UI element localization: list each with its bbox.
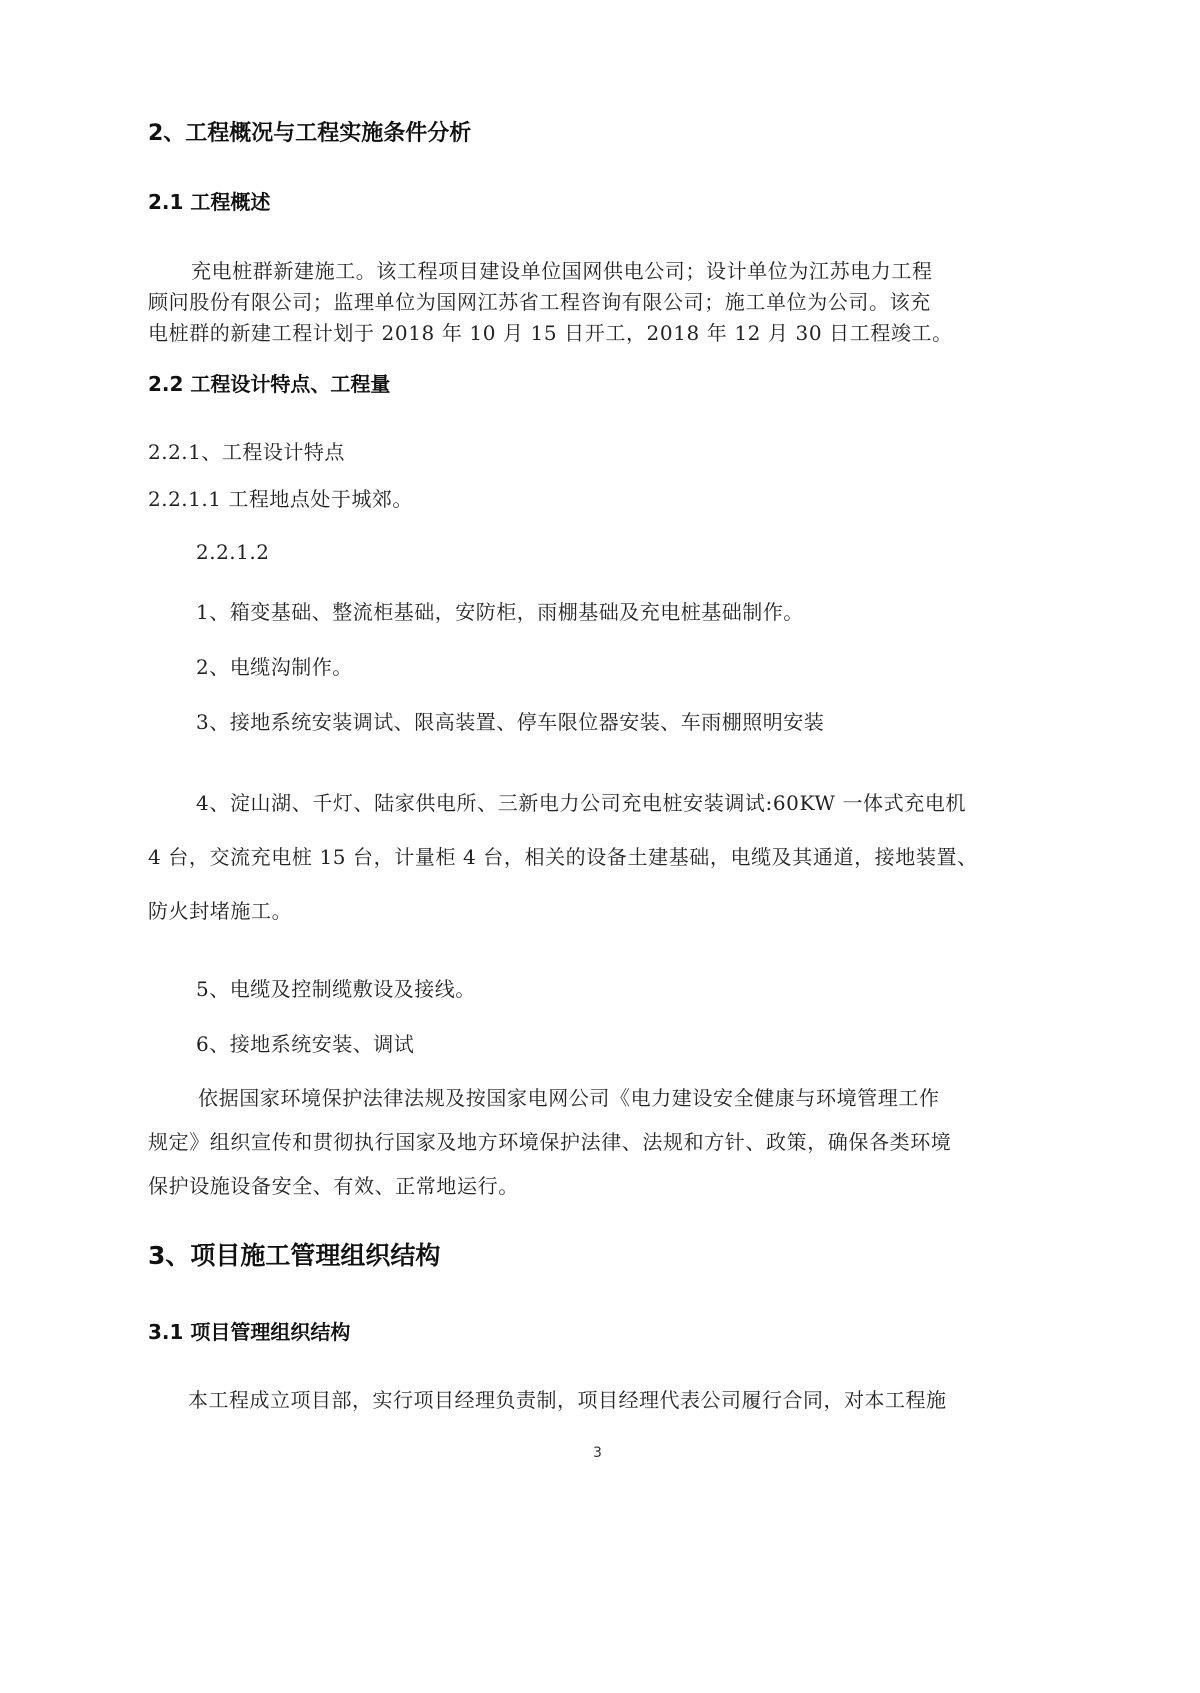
section-2-2-1-heading: 2.2.1、工程设计特点 — [148, 436, 345, 465]
list-item: 3、接地系统安装调试、限高装置、停车限位器安装、车雨棚照明安装 — [196, 706, 824, 735]
paragraph-line: 依据国家环境保护法律法规及按国家电网公司《电力建设安全健康与环境管理工作 — [148, 1076, 1028, 1120]
list-item: 5、电缆及控制缆敷设及接线。 — [196, 973, 476, 1002]
section-2-2-1-1-text: 2.2.1.1 工程地点处于城郊。 — [148, 483, 413, 512]
section-2-2-1-2-label: 2.2.1.2 — [196, 540, 269, 564]
section-2-1-heading: 2.1 工程概述 — [148, 186, 270, 215]
section-2-1-paragraph: 充电桩群新建施工。该工程项目建设单位国网供电公司；设计单位为江苏电力工程 顾问股… — [148, 256, 1028, 349]
section-3-1-paragraph: 本工程成立项目部，实行项目经理负责制，项目经理代表公司履行合同，对本工程施 — [188, 1384, 947, 1413]
section-3-heading: 3、项目施工管理组织结构 — [148, 1236, 440, 1272]
environment-paragraph: 依据国家环境保护法律法规及按国家电网公司《电力建设安全健康与环境管理工作 规定》… — [148, 1076, 1028, 1208]
paragraph-line: 4、淀山湖、千灯、陆家供电所、三新电力公司充电桩安装调试:60KW 一体式充电机 — [148, 776, 1028, 830]
document-page: 2、工程概况与工程实施条件分析 2.1 工程概述 充电桩群新建施工。该工程项目建… — [0, 0, 1200, 1693]
section-2-2-heading: 2.2 工程设计特点、工程量 — [148, 368, 390, 397]
paragraph-line: 充电桩群新建施工。该工程项目建设单位国网供电公司；设计单位为江苏电力工程 — [148, 256, 1028, 287]
list-item-4: 4、淀山湖、千灯、陆家供电所、三新电力公司充电桩安装调试:60KW 一体式充电机… — [148, 776, 1028, 938]
list-item: 2、电缆沟制作。 — [196, 651, 353, 680]
page-number: 3 — [593, 1445, 602, 1461]
section-3-1-heading: 3.1 项目管理组织结构 — [148, 1316, 350, 1345]
paragraph-line: 电桩群的新建工程计划于 2018 年 10 月 15 日开工，2018 年 12… — [148, 318, 1028, 349]
list-item: 6、接地系统安装、调试 — [196, 1028, 414, 1057]
paragraph-line: 防火封堵施工。 — [148, 884, 1028, 938]
paragraph-line: 4 台，交流充电桩 15 台，计量柜 4 台，相关的设备土建基础，电缆及其通道，… — [148, 830, 1028, 884]
section-2-heading: 2、工程概况与工程实施条件分析 — [148, 116, 471, 147]
paragraph-line: 顾问股份有限公司；监理单位为国网江苏省工程咨询有限公司；施工单位为公司。该充 — [148, 287, 1028, 318]
paragraph-line: 保护设施设备安全、有效、正常地运行。 — [148, 1164, 1028, 1208]
paragraph-line: 规定》组织宣传和贯彻执行国家及地方环境保护法律、法规和方针、政策，确保各类环境 — [148, 1120, 1028, 1164]
list-item: 1、箱变基础、整流柜基础，安防柜，雨棚基础及充电桩基础制作。 — [196, 596, 804, 625]
